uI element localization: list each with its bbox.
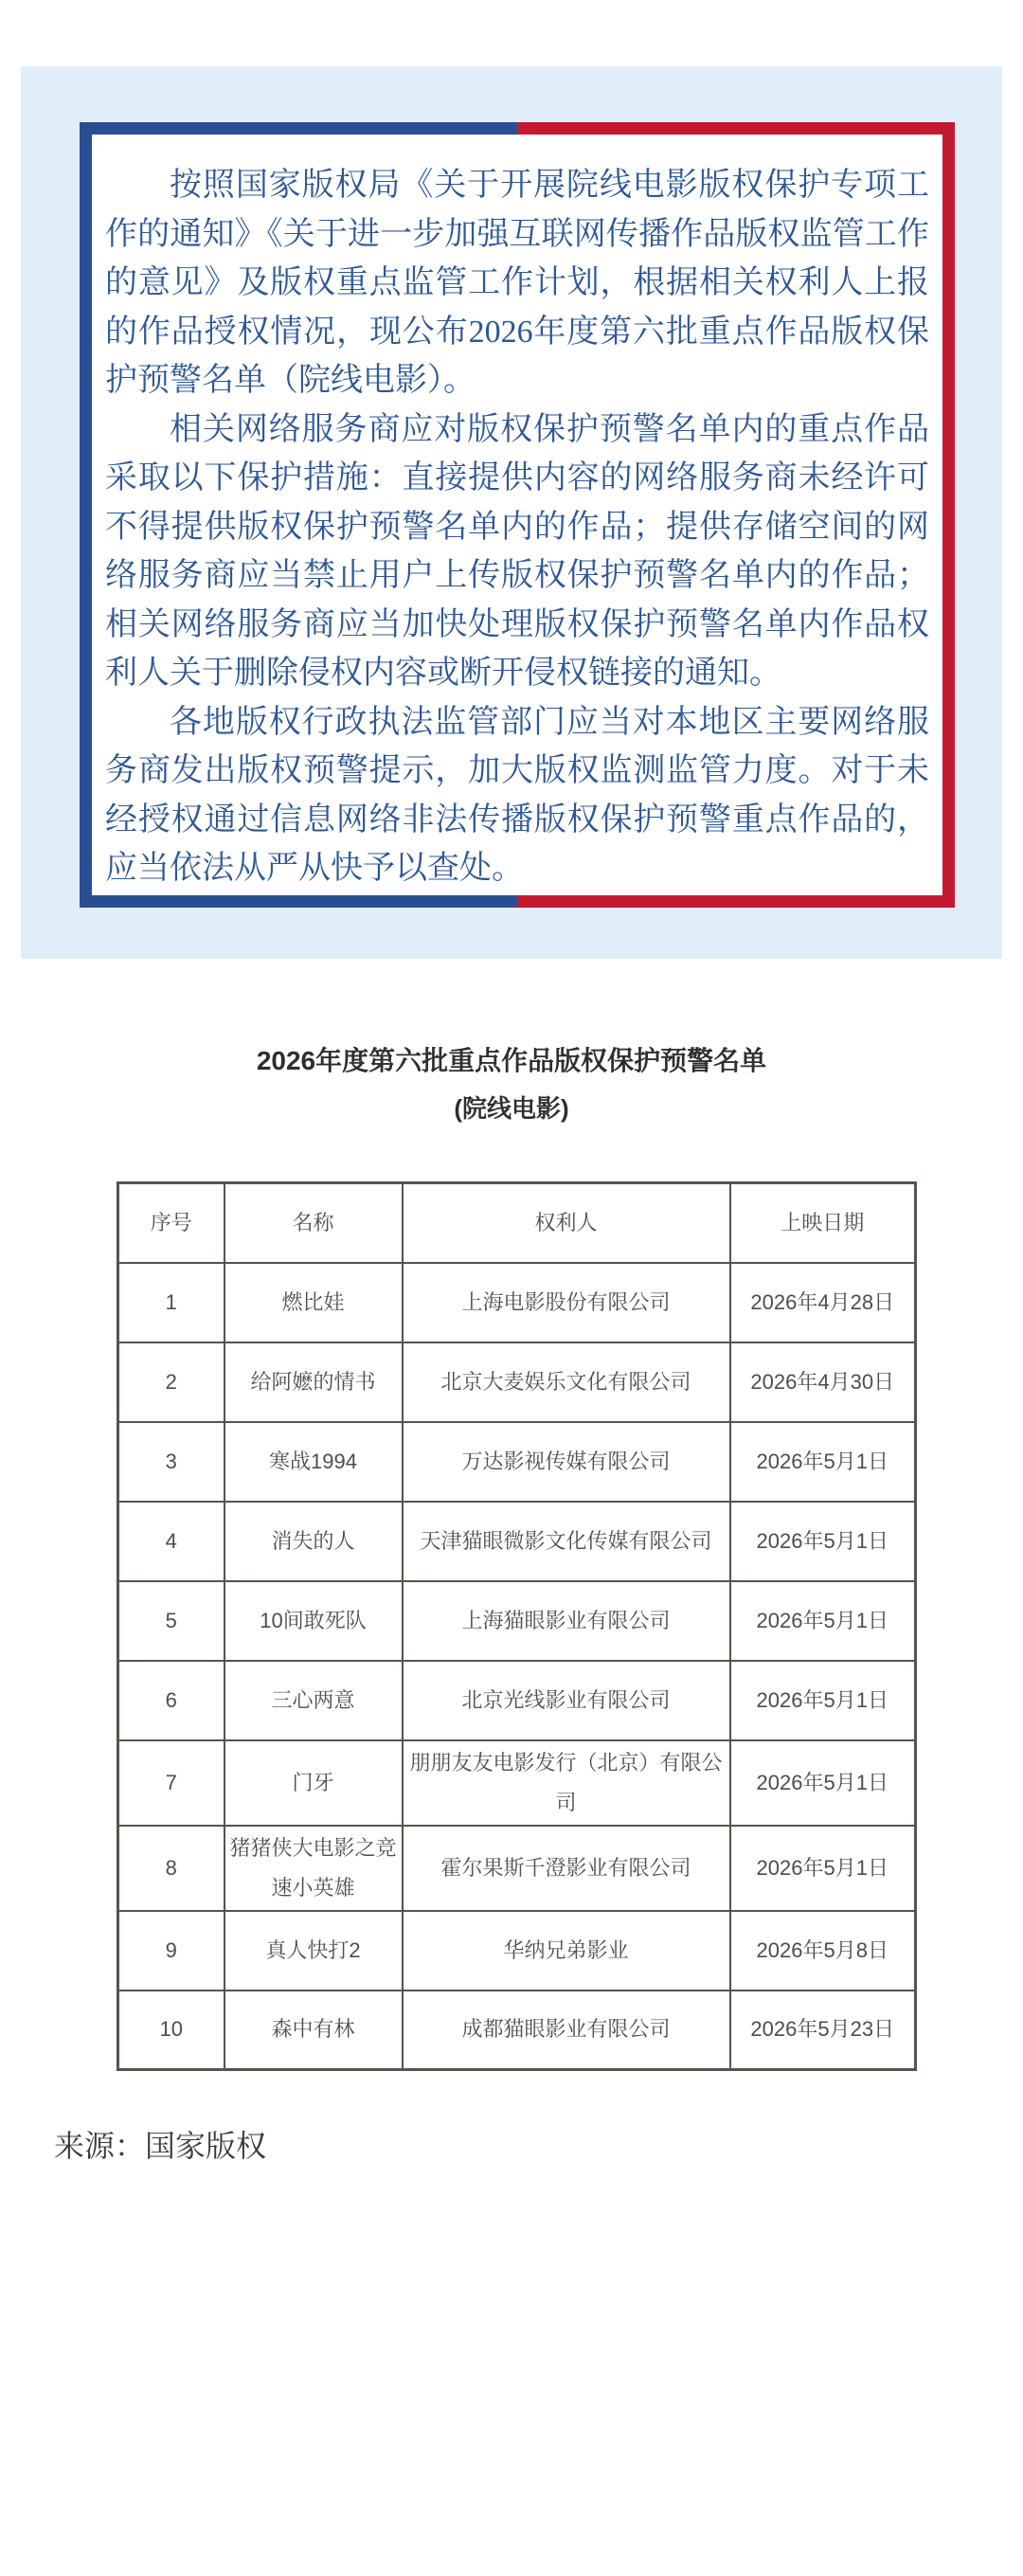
table-cell: 7 xyxy=(118,1740,224,1826)
table-cell: 9 xyxy=(118,1911,224,1991)
table-row: 3寒战1994万达影视传媒有限公司2026年5月1日 xyxy=(118,1422,916,1502)
table-cell: 6 xyxy=(118,1661,224,1740)
table-row: 10森中有林成都猫眼影业有限公司2026年5月23日 xyxy=(118,1991,916,2070)
table-cell: 门牙 xyxy=(224,1740,403,1826)
table-cell: 成都猫眼影业有限公司 xyxy=(403,1991,730,2070)
table-cell: 2026年5月23日 xyxy=(730,1991,916,2070)
notice-box: 按照国家版权局《关于开展院线电影版权保护专项工作的通知》《关于进一步加强互联网传… xyxy=(80,122,955,908)
table-row: 510间敢死队上海猫眼影业有限公司2026年5月1日 xyxy=(118,1581,916,1661)
table-cell: 消失的人 xyxy=(224,1502,403,1581)
table-cell: 北京光线影业有限公司 xyxy=(403,1661,730,1740)
table-row: 2给阿嬷的情书北京大麦娱乐文化有限公司2026年4月30日 xyxy=(118,1342,916,1422)
table-cell: 1 xyxy=(118,1263,224,1342)
box-border-bottom-red xyxy=(517,895,955,908)
table-cell: 华纳兄弟影业 xyxy=(403,1911,730,1991)
table-cell: 燃比娃 xyxy=(224,1263,403,1342)
list-subtitle: (院线电影) xyxy=(0,1090,1023,1125)
table-cell: 3 xyxy=(118,1422,224,1502)
table-cell: 2026年5月1日 xyxy=(730,1422,916,1502)
table-cell: 4 xyxy=(118,1502,224,1581)
table-row: 6三心两意北京光线影业有限公司2026年5月1日 xyxy=(118,1661,916,1740)
table-cell: 霍尔果斯千澄影业有限公司 xyxy=(403,1826,730,1911)
table-row: 4消失的人天津猫眼微影文化传媒有限公司2026年5月1日 xyxy=(118,1502,916,1581)
table-cell: 万达影视传媒有限公司 xyxy=(403,1422,730,1502)
box-border-top-red xyxy=(517,122,955,135)
table-cell: 2026年4月30日 xyxy=(730,1342,916,1422)
table-cell: 5 xyxy=(118,1581,224,1661)
table-body: 1燃比娃上海电影股份有限公司2026年4月28日2给阿嬷的情书北京大麦娱乐文化有… xyxy=(118,1263,916,2070)
table-cell: 2026年5月1日 xyxy=(730,1581,916,1661)
column-header: 权利人 xyxy=(403,1183,730,1263)
table-cell: 10 xyxy=(118,1991,224,2070)
table-cell: 2026年5月1日 xyxy=(730,1826,916,1911)
table-row: 9真人快打2华纳兄弟影业2026年5月8日 xyxy=(118,1911,916,1991)
table-cell: 森中有林 xyxy=(224,1991,403,2070)
table-cell: 2026年5月1日 xyxy=(730,1740,916,1826)
box-border-top-blue xyxy=(80,122,517,135)
box-border-left-blue xyxy=(80,122,92,908)
notice-paragraph: 按照国家版权局《关于开展院线电影版权保护专项工作的通知》《关于进一步加强互联网传… xyxy=(105,161,929,405)
table-cell: 三心两意 xyxy=(224,1661,403,1740)
table-cell: 2026年5月1日 xyxy=(730,1502,916,1581)
table-cell: 给阿嬷的情书 xyxy=(224,1342,403,1422)
table-cell: 北京大麦娱乐文化有限公司 xyxy=(403,1342,730,1422)
table-cell: 天津猫眼微影文化传媒有限公司 xyxy=(403,1502,730,1581)
table-cell: 8 xyxy=(118,1826,224,1911)
table-cell: 10间敢死队 xyxy=(224,1581,403,1661)
table-cell: 上海电影股份有限公司 xyxy=(403,1263,730,1342)
table-cell: 2026年5月1日 xyxy=(730,1661,916,1740)
notice-text: 按照国家版权局《关于开展院线电影版权保护专项工作的通知》《关于进一步加强互联网传… xyxy=(92,135,942,895)
table-cell: 2026年4月28日 xyxy=(730,1263,916,1342)
table-row: 1燃比娃上海电影股份有限公司2026年4月28日 xyxy=(118,1263,916,1342)
notice-paragraph: 相关网络服务商应对版权保护预警名单内的重点作品采取以下保护措施：直接提供内容的网… xyxy=(105,405,929,698)
column-header: 名称 xyxy=(224,1183,403,1263)
table-header-row: 序号名称权利人上映日期 xyxy=(118,1183,916,1263)
list-title: 2026年度第六批重点作品版权保护预警名单 xyxy=(0,1040,1023,1078)
table-cell: 寒战1994 xyxy=(224,1422,403,1502)
table-cell: 上海猫眼影业有限公司 xyxy=(403,1581,730,1661)
warning-list-table: 序号名称权利人上映日期 1燃比娃上海电影股份有限公司2026年4月28日2给阿嬷… xyxy=(117,1181,917,2071)
box-border-right-red xyxy=(942,122,955,908)
table-cell: 猪猪侠大电影之竞速小英雄 xyxy=(224,1826,403,1911)
column-header: 上映日期 xyxy=(730,1183,916,1263)
box-border-bottom-blue xyxy=(80,895,517,908)
table-cell: 朋朋友友电影发行（北京）有限公司 xyxy=(403,1740,730,1826)
table-cell: 2026年5月8日 xyxy=(730,1911,916,1991)
table-row: 7门牙朋朋友友电影发行（北京）有限公司2026年5月1日 xyxy=(118,1740,916,1826)
table-cell: 2 xyxy=(118,1342,224,1422)
column-header: 序号 xyxy=(118,1183,224,1263)
source-line: 来源：国家版权 xyxy=(54,2122,266,2166)
article-page: 按照国家版权局《关于开展院线电影版权保护专项工作的通知》《关于进一步加强互联网传… xyxy=(0,0,1023,2576)
notice-paragraph: 各地版权行政执法监管部门应当对本地区主要网络服务商发出版权预警提示，加大版权监测… xyxy=(105,698,929,893)
table-row: 8猪猪侠大电影之竞速小英雄霍尔果斯千澄影业有限公司2026年5月1日 xyxy=(118,1826,916,1911)
table-cell: 真人快打2 xyxy=(224,1911,403,1991)
